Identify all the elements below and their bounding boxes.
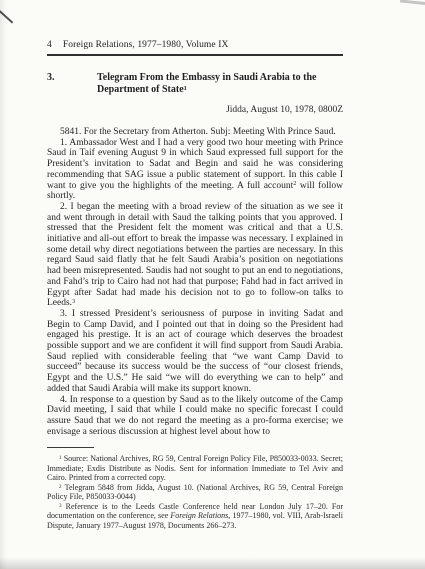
volume-title: Foreign Relations, 1977–1980, Volume IX bbox=[63, 40, 229, 51]
footnote-ref: 3 bbox=[59, 503, 62, 509]
dateline: Jidda, August 10, 1978, 0800Z bbox=[47, 105, 343, 116]
scanned-book-page: 4 Foreign Relations, 1977–1980, Volume I… bbox=[0, 0, 425, 569]
footnote-separator-rule bbox=[47, 447, 94, 448]
paragraph: 4. In response to a question by Saud as … bbox=[47, 395, 343, 438]
page-number: 4 bbox=[47, 40, 52, 51]
page-left-edge-shadow bbox=[0, 0, 7, 569]
header-rule bbox=[47, 54, 343, 56]
footnote: 1 Source: National Archives, RG 59, Cent… bbox=[47, 454, 343, 483]
paragraph: 5841. For the Secretary from Atherton. S… bbox=[47, 127, 343, 138]
page-content: 4 Foreign Relations, 1977–1980, Volume I… bbox=[47, 40, 343, 530]
heading-footnote-ref: 1 bbox=[184, 85, 187, 92]
scan-corner-artifact-right bbox=[400, 0, 425, 6]
footnote-ref: 2 bbox=[59, 484, 62, 490]
footnote: 3 Reference is to the Leeds Castle Confe… bbox=[47, 502, 343, 531]
document-heading-row: 3. Telegram From the Embassy in Saudi Ar… bbox=[47, 72, 343, 96]
paragraph: 3. I stressed President’s seriousness of… bbox=[47, 309, 343, 395]
paragraph: 2. I began the meeting with a broad revi… bbox=[47, 202, 343, 309]
document-heading: Telegram From the Embassy in Saudi Arabi… bbox=[97, 72, 343, 96]
running-header: 4 Foreign Relations, 1977–1980, Volume I… bbox=[47, 40, 343, 51]
footnote: 2 Telegram 5848 from Jidda, August 10. (… bbox=[47, 483, 343, 502]
document-body: 5841. For the Secretary from Atherton. S… bbox=[47, 127, 343, 437]
footnotes: 1 Source: National Archives, RG 59, Cent… bbox=[47, 454, 343, 530]
document-number: 3. bbox=[47, 72, 97, 96]
document-heading-text: Telegram From the Embassy in Saudi Arabi… bbox=[97, 72, 316, 95]
footnote-ref: 1 bbox=[59, 455, 62, 461]
paragraph: 1. Ambassador West and I had a very good… bbox=[47, 138, 343, 202]
page-bottom-edge-shadow bbox=[0, 557, 425, 569]
